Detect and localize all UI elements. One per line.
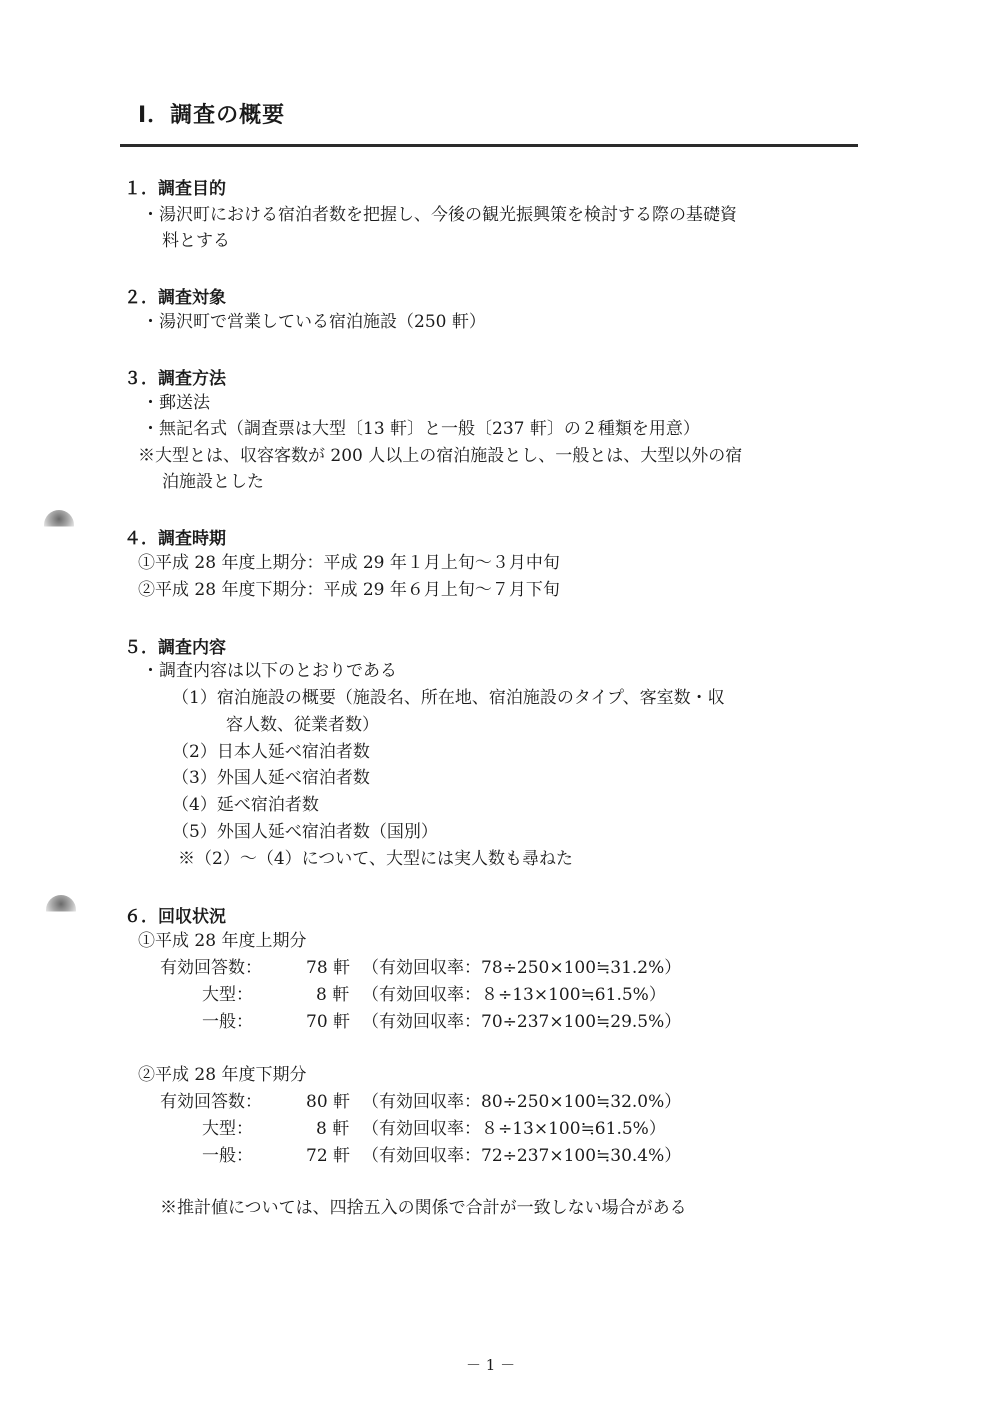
row-rate: （有効回収率：８÷13×100≒61.5%） xyxy=(362,982,666,1008)
section-3-note: 泊施設とした xyxy=(162,469,264,495)
section-1-heading: １．調査目的 xyxy=(124,174,226,199)
section-3-note: ※大型とは、収容客数が 200 人以上の宿泊施設とし、一般とは、大型以外の宿 xyxy=(138,443,742,469)
section-5-item: （1）宿泊施設の概要（施設名、所在地、宿泊施設のタイプ、客室数・収 xyxy=(172,685,725,711)
period-label: ①平成 28 年度上期分 xyxy=(138,928,306,954)
period-label: ②平成 28 年度下期分 xyxy=(138,1062,306,1088)
section-5-item: （3）外国人延べ宿泊者数 xyxy=(172,765,370,791)
row-name: 有効回答数： xyxy=(160,955,262,981)
section-1-line: 料とする xyxy=(162,228,230,254)
row-name: 一般： xyxy=(202,1143,253,1169)
row-count: 8 軒 xyxy=(316,982,349,1008)
row-name: 大型： xyxy=(202,982,253,1008)
row-count: 70 軒 xyxy=(306,1009,350,1035)
section-3-heading: ３．調査方法 xyxy=(124,364,226,389)
section-3-line: ・郵送法 xyxy=(142,390,210,416)
page-title: Ⅰ．調査の概要 xyxy=(138,98,285,129)
document-page: Ⅰ．調査の概要 １．調査目的 ・湯沢町における宿泊者数を把握し、今後の観光振興策… xyxy=(0,0,1000,1423)
row-rate: （有効回収率：８÷13×100≒61.5%） xyxy=(362,1116,666,1142)
row-rate: （有効回収率：78÷250×100≒31.2%） xyxy=(362,955,681,981)
section-5-item: （2）日本人延べ宿泊者数 xyxy=(172,739,370,765)
row-name: 大型： xyxy=(202,1116,253,1142)
row-count: 78 軒 xyxy=(306,955,350,981)
section-5-heading: ５．調査内容 xyxy=(124,633,226,658)
row-name: 有効回答数： xyxy=(160,1089,262,1115)
section-6-heading: ６．回収状況 xyxy=(124,902,226,927)
page-number: － 1 － xyxy=(466,1354,515,1375)
row-rate: （有効回収率：70÷237×100≒29.5%） xyxy=(362,1009,681,1035)
section-5-item: 容人数、従業者数） xyxy=(226,712,379,738)
section-4-line: ②平成 28 年度下期分：平成 29 年６月上旬～７月下旬 xyxy=(138,577,560,603)
title-divider xyxy=(120,144,858,147)
punch-hole-mark xyxy=(46,895,76,925)
section-1-line: ・湯沢町における宿泊者数を把握し、今後の観光振興策を検討する際の基礎資 xyxy=(142,202,737,228)
section-5-item: （5）外国人延べ宿泊者数（国別） xyxy=(172,819,438,845)
section-3-line: ・無記名式（調査票は大型〔13 軒〕と一般〔237 軒〕の２種類を用意） xyxy=(142,416,700,442)
section-4-line: ①平成 28 年度上期分：平成 29 年１月上旬～３月中旬 xyxy=(138,550,560,576)
section-4-heading: ４．調査時期 xyxy=(124,524,226,549)
row-name: 一般： xyxy=(202,1009,253,1035)
section-6-note: ※推計値については、四捨五入の関係で合計が一致しない場合がある xyxy=(160,1195,687,1221)
row-rate: （有効回収率：72÷237×100≒30.4%） xyxy=(362,1143,681,1169)
section-2-line: ・湯沢町で営業している宿泊施設（250 軒） xyxy=(142,309,486,335)
row-count: 8 軒 xyxy=(316,1116,349,1142)
punch-hole-mark xyxy=(44,510,74,540)
row-rate: （有効回収率：80÷250×100≒32.0%） xyxy=(362,1089,681,1115)
section-5-intro: ・調査内容は以下のとおりである xyxy=(142,658,397,684)
section-5-item: （4）延べ宿泊者数 xyxy=(172,792,319,818)
row-count: 72 軒 xyxy=(306,1143,350,1169)
row-count: 80 軒 xyxy=(306,1089,350,1115)
section-5-note: ※（2）～（4）について、大型には実人数も尋ねた xyxy=(178,846,573,872)
section-2-heading: ２．調査対象 xyxy=(124,283,226,308)
